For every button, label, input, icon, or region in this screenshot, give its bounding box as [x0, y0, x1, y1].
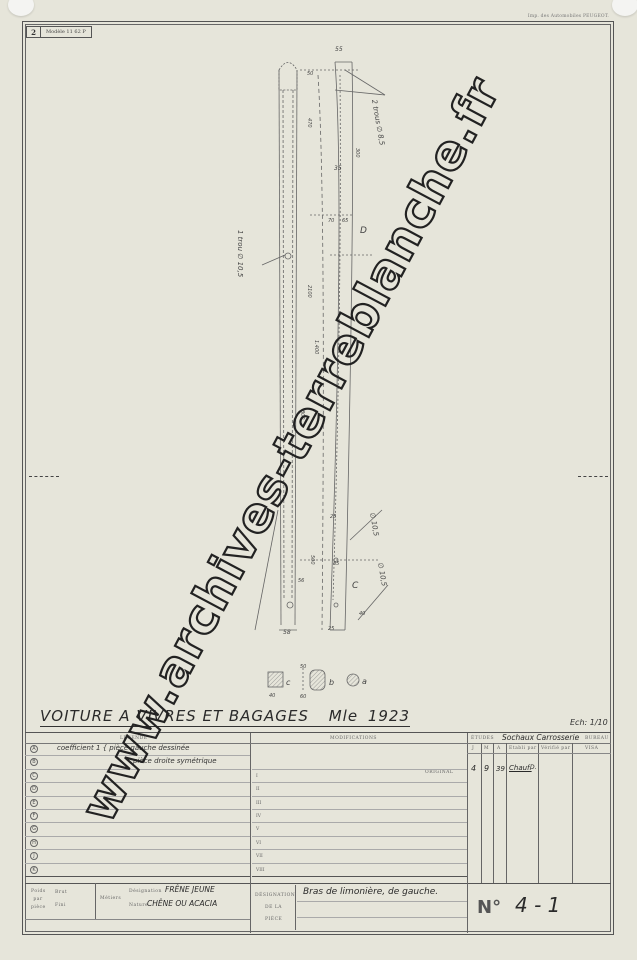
legend-row: F: [25, 810, 250, 823]
col-j: J: [472, 746, 474, 751]
legend-row: Bpièce droite symétrique: [25, 756, 250, 769]
legend-row: C: [25, 770, 250, 783]
modification-row: I: [252, 770, 467, 783]
svg-text:300: 300: [354, 148, 360, 158]
brut-label: Brut: [55, 890, 67, 895]
legend-row: E: [25, 797, 250, 810]
svg-text:50: 50: [300, 664, 306, 670]
poids-label: Poids par pièce: [31, 888, 45, 912]
nature-value: CHÊNE OU ACACIA: [147, 899, 217, 908]
modification-row: VIII: [252, 864, 467, 877]
original-etabli: Chauf.: [509, 764, 532, 772]
svg-text:b: b: [329, 678, 334, 687]
model-year: 1923: [368, 707, 410, 725]
piece-designation-label-1: DÉSIGNATION: [255, 893, 295, 898]
drawing-title: VOITURE A VIVRES ET BAGAGES Mle 1923: [40, 707, 410, 727]
svg-text:85: 85: [333, 561, 339, 567]
etudes-value: Sochaux Carrosserie: [502, 733, 579, 742]
svg-text:1.400: 1.400: [313, 340, 319, 354]
fini-label: Fini: [55, 903, 66, 908]
col-visa: VISA: [585, 746, 598, 751]
svg-text:25: 25: [330, 514, 336, 520]
piece-designation-label-3: PIÈCE: [265, 917, 282, 922]
legend-row: G: [25, 823, 250, 836]
svg-text:a: a: [362, 677, 367, 686]
nature-label: Nature: [129, 903, 148, 908]
col-verifie: Vérifié par: [541, 746, 571, 751]
legend-row: D: [25, 783, 250, 796]
svg-text:2 trous ∅ 8,5: 2 trous ∅ 8,5: [370, 99, 386, 147]
technical-drawing: 55 50 2 trous ∅ 8,5 470 35 300 70 65 D 1…: [0, 0, 637, 700]
original-verifie: D.: [530, 764, 537, 771]
legend-row: J: [25, 850, 250, 863]
original-year: 39: [496, 765, 505, 773]
piece-designation-value: Bras de limonière, de gauche.: [303, 887, 438, 897]
svg-text:50: 50: [307, 71, 313, 77]
svg-text:65: 65: [342, 218, 348, 224]
svg-text:25: 25: [328, 626, 334, 632]
modification-row: VII: [252, 850, 467, 863]
svg-text:55: 55: [335, 46, 343, 53]
modification-row: VI: [252, 837, 467, 850]
svg-text:35: 35: [334, 165, 342, 172]
svg-text:D: D: [360, 226, 367, 236]
legend-row: H: [25, 837, 250, 850]
modification-row: IV: [252, 810, 467, 823]
col-m: M: [484, 746, 489, 751]
svg-text:C: C: [352, 581, 359, 591]
svg-text:800: 800: [299, 410, 305, 420]
designation-value: FRÊNE JEUNE: [165, 885, 215, 894]
designation-label: Désignation: [129, 889, 162, 894]
drawing-sheet: Imp. des Automobiles PEUGEOT. 2 Modèle 1…: [0, 0, 637, 960]
scale-label: Ech: 1/10: [570, 718, 608, 727]
legend-header: LÉGENDE: [120, 736, 147, 741]
drawing-number: 4 - 1: [515, 893, 560, 917]
title-text: VOITURE A VIVRES ET BAGAGES: [40, 707, 309, 725]
svg-text:∅ 10,5: ∅ 10,5: [376, 562, 388, 587]
modification-row: II: [252, 783, 467, 796]
col-etabli: Etabli par: [509, 746, 537, 751]
watermark-container: www.archives-terreblanche.fr: [95, 790, 96, 791]
svg-text:500: 500: [309, 555, 315, 565]
svg-text:60: 60: [300, 694, 306, 700]
svg-text:2100: 2100: [306, 285, 312, 298]
svg-text:c: c: [286, 678, 291, 687]
modifications-header: MODIFICATIONS: [330, 736, 377, 741]
legend-row: K: [25, 864, 250, 877]
bureau-label: BUREAU: [585, 736, 609, 741]
etudes-label: ÉTUDES: [471, 736, 494, 741]
title-block: LÉGENDE MODIFICATIONS ÉTUDES Sochaux Car…: [25, 732, 611, 932]
model-prefix: Mle: [329, 707, 358, 725]
number-prefix: N°: [477, 897, 501, 918]
svg-text:40: 40: [269, 693, 275, 699]
original-day: 4: [471, 764, 476, 773]
svg-text:∅ 10,5: ∅ 10,5: [368, 512, 380, 537]
svg-text:470: 470: [306, 118, 312, 128]
svg-text:58: 58: [283, 629, 291, 636]
col-a: A: [497, 746, 501, 751]
svg-text:40: 40: [359, 611, 365, 617]
modification-row: [252, 756, 467, 769]
svg-text:70: 70: [328, 218, 334, 224]
svg-text:1 trou ∅ 10,5: 1 trou ∅ 10,5: [236, 230, 244, 278]
legend-row: Acoefficient 1 { pièce gauche dessinée: [25, 743, 250, 756]
piece-designation-label-2: DE LA: [265, 905, 282, 910]
svg-text:56: 56: [298, 578, 304, 584]
metiers-label: Métiers: [100, 896, 121, 901]
modification-row: V: [252, 823, 467, 836]
original-month: 9: [484, 764, 489, 773]
modification-row: III: [252, 797, 467, 810]
